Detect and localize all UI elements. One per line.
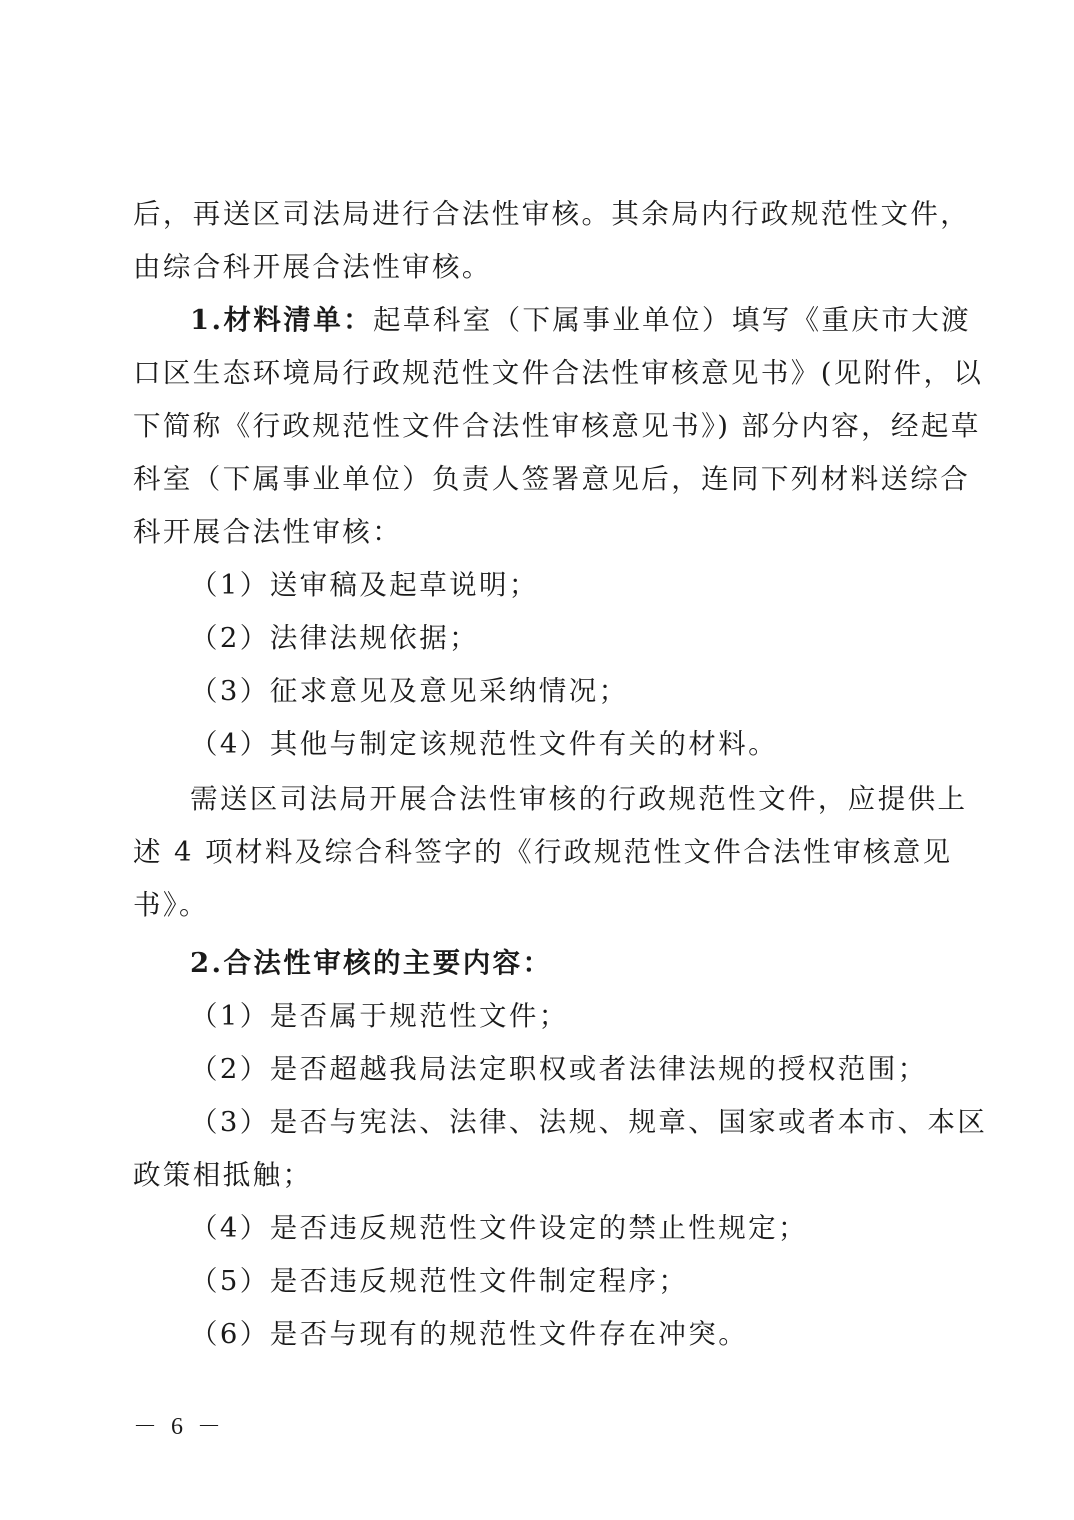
list-item: （1）是否属于规范性文件； bbox=[190, 998, 1000, 1034]
list-item: （4）是否违反规范性文件设定的禁止性规定； bbox=[190, 1210, 1000, 1246]
paragraph-line: 下简称《行政规范性文件合法性审核意见书》) 部分内容，经起草 bbox=[133, 408, 943, 444]
list-item: （4）其他与制定该规范性文件有关的材料。 bbox=[190, 726, 1000, 762]
paragraph-line: 科室（下属事业单位）负责人签署意见后，连同下列材料送综合 bbox=[133, 461, 943, 497]
paragraph-line: 书》。 bbox=[133, 887, 943, 923]
list-item: （5）是否违反规范性文件制定程序； bbox=[190, 1263, 1000, 1299]
list-item: （3）征求意见及意见采纳情况； bbox=[190, 673, 1000, 709]
list-item: （2）是否超越我局法定职权或者法律法规的授权范围； bbox=[190, 1051, 1000, 1087]
paragraph-text: 起草科室（下属事业单位）填写《重庆市大渡 bbox=[373, 304, 971, 336]
paragraph-line: 由综合科开展合法性审核。 bbox=[133, 249, 943, 285]
page-number: － 6 － bbox=[133, 1412, 225, 1442]
list-item: （6）是否与现有的规范性文件存在冲突。 bbox=[190, 1316, 1000, 1352]
list-item: （3）是否与宪法、法律、法规、规章、国家或者本市、本区 bbox=[190, 1104, 1000, 1140]
list-item-continuation: 政策相抵触； bbox=[133, 1157, 943, 1193]
paragraph-line: 口区生态环境局行政规范性文件合法性审核意见书》(见附件，以 bbox=[133, 355, 943, 391]
paragraph-line: 后，再送区司法局进行合法性审核。其余局内行政规范性文件， bbox=[133, 196, 943, 232]
section1-first-line: 1.材料清单：起草科室（下属事业单位）填写《重庆市大渡 bbox=[190, 302, 1000, 338]
paragraph-line: 需送区司法局开展合法性审核的行政规范性文件，应提供上 bbox=[190, 781, 1000, 817]
section2-heading: 2.合法性审核的主要内容： bbox=[190, 945, 1000, 981]
list-item: （1）送审稿及起草说明； bbox=[190, 567, 1000, 603]
section1-heading: 1.材料清单： bbox=[190, 304, 373, 336]
document-page: 后，再送区司法局进行合法性审核。其余局内行政规范性文件， 由综合科开展合法性审核… bbox=[0, 0, 1074, 1520]
paragraph-line: 科开展合法性审核： bbox=[133, 514, 943, 550]
paragraph-line: 述 4 项材料及综合科签字的《行政规范性文件合法性审核意见 bbox=[133, 834, 943, 870]
list-item: （2）法律法规依据； bbox=[190, 620, 1000, 656]
